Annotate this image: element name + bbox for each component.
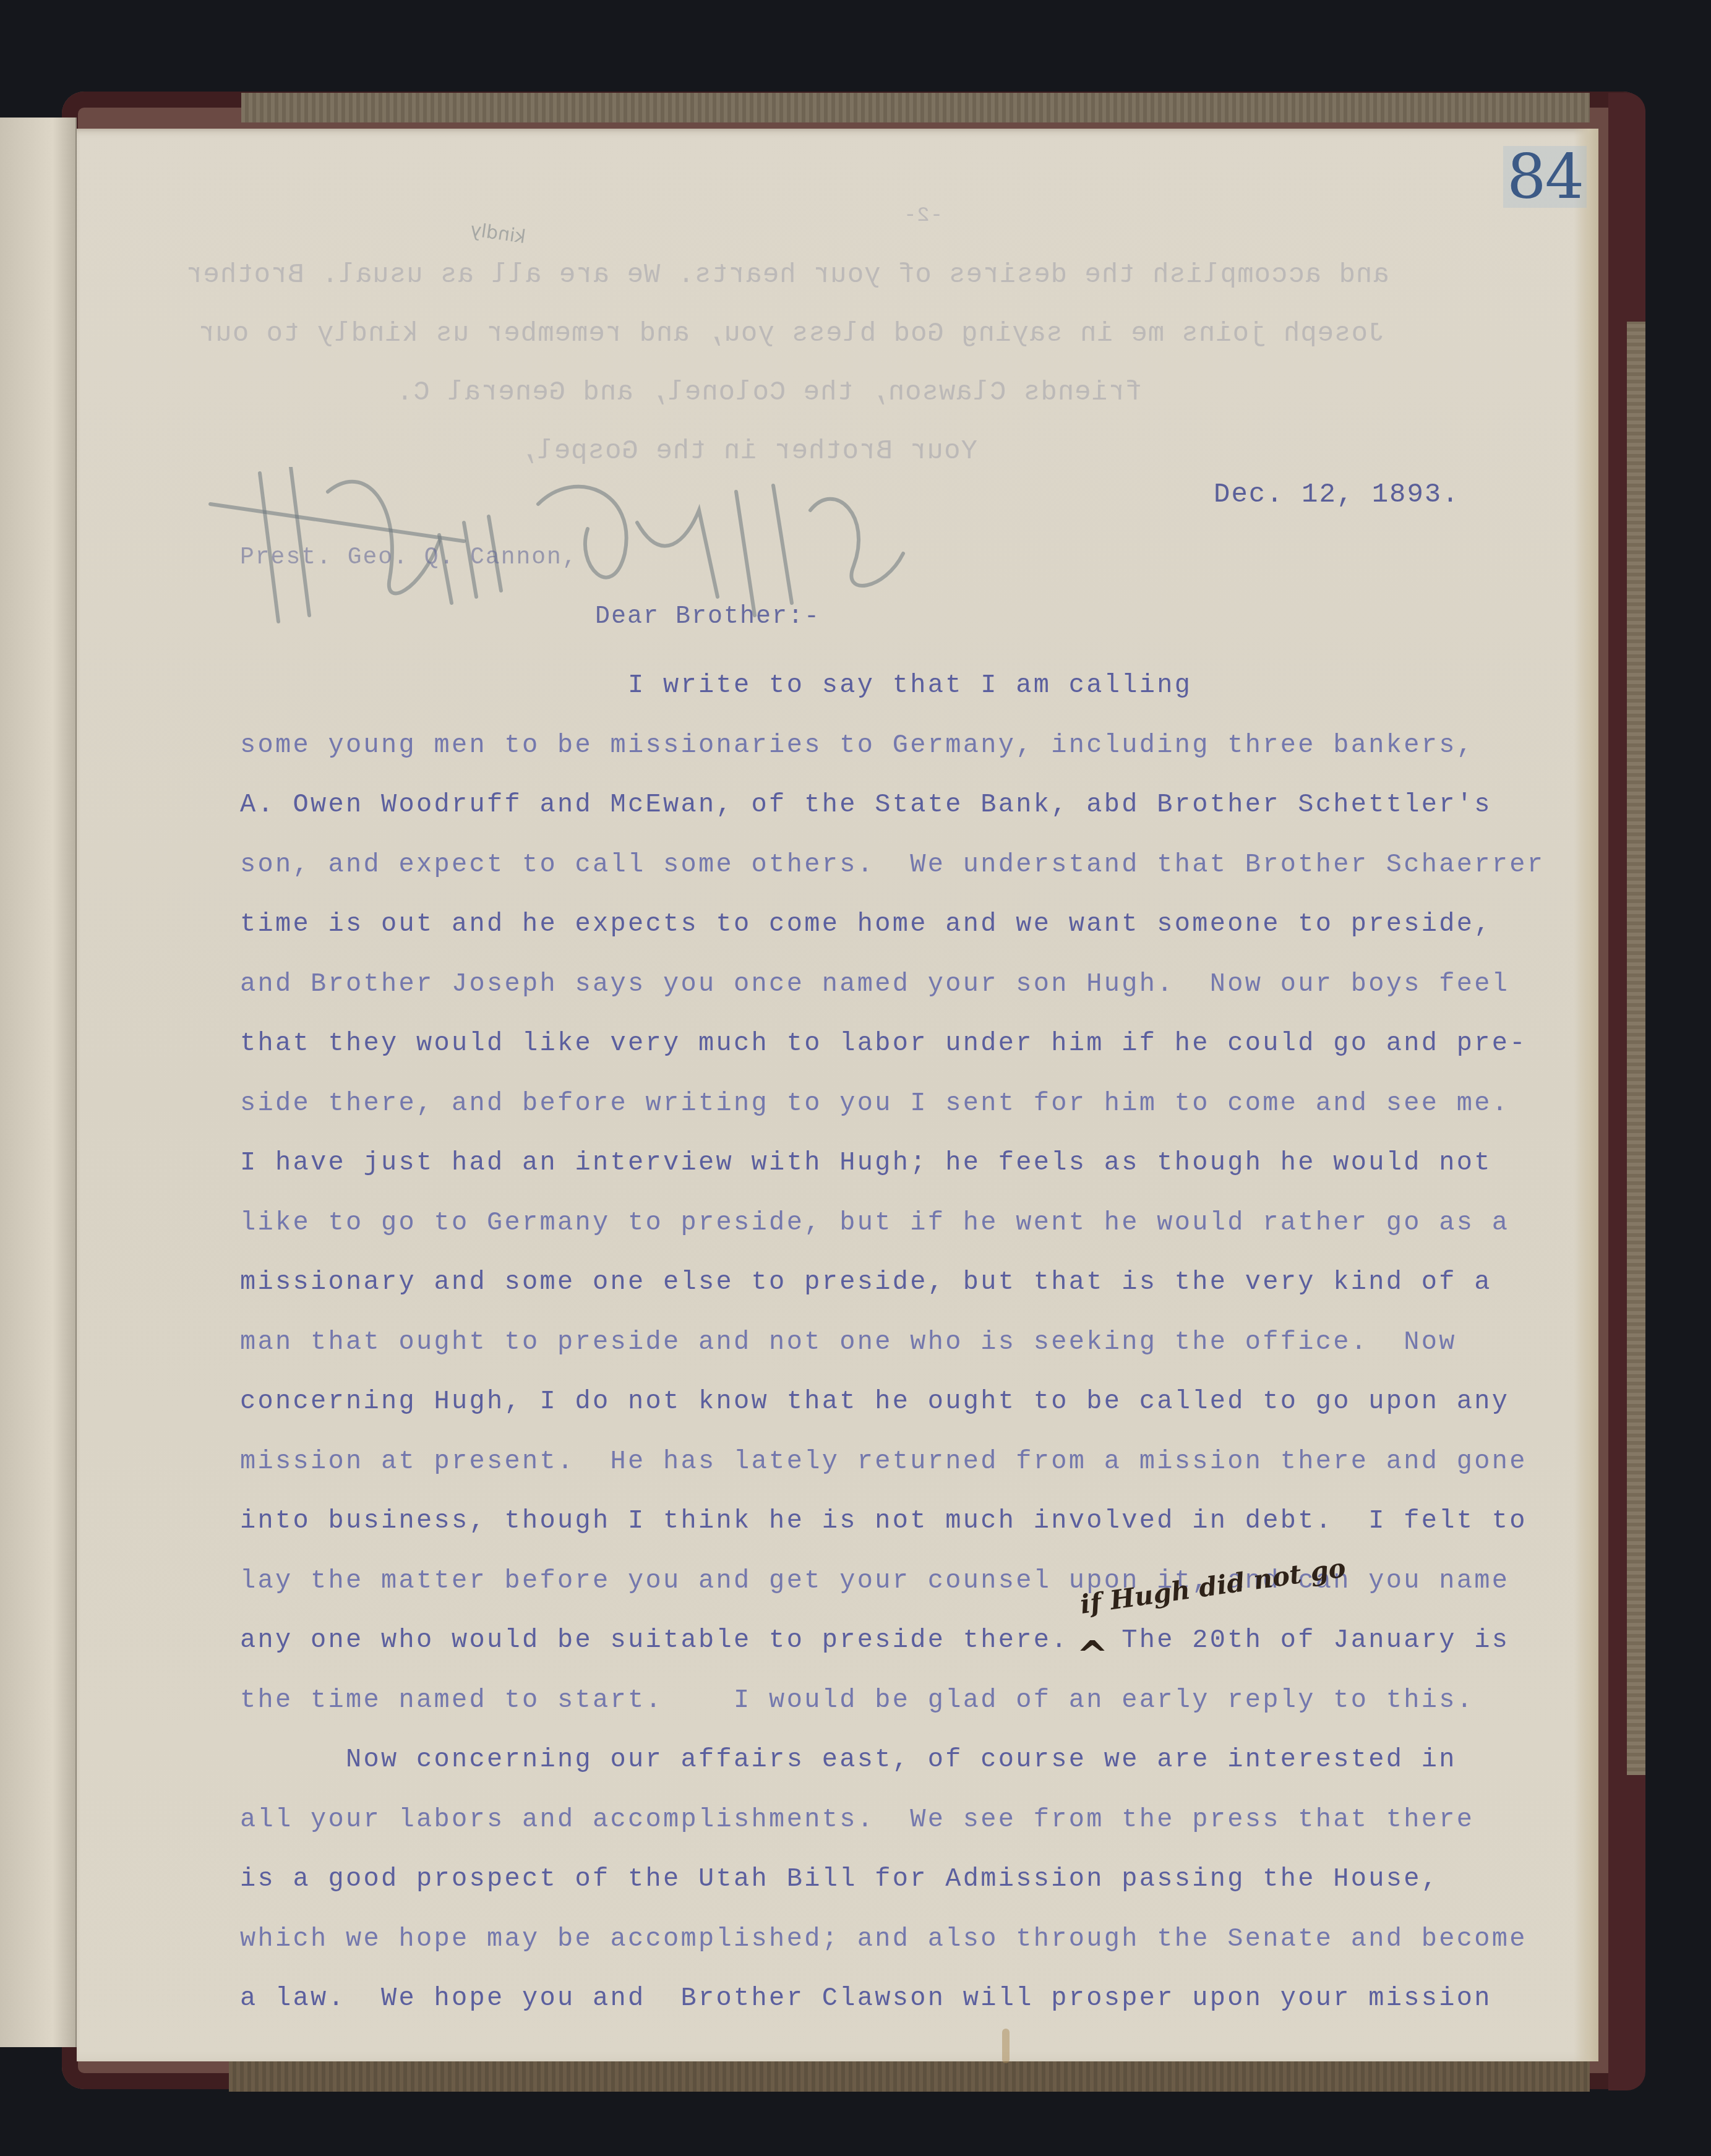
letter-body: I write to say that I am calling some yo…: [240, 656, 1539, 2029]
ghost-line: and accomplish the desires of your heart…: [186, 260, 1389, 291]
salutation: Dear Brother:-: [595, 603, 820, 631]
body-line: some young men to be missionaries to Ger…: [240, 716, 1539, 776]
body-line: A. Owen Woodruff and McEwan, of the Stat…: [240, 775, 1539, 835]
body-line: the time named to start. I would be glad…: [240, 1670, 1539, 1730]
body-line: time is out and he expects to come home …: [240, 894, 1539, 954]
body-line: missionary and some one else to preside,…: [240, 1252, 1539, 1312]
body-line: concerning Hugh, I do not know that he o…: [240, 1372, 1539, 1432]
body-line: all your labors and accomplishments. We …: [240, 1790, 1539, 1850]
book-cloth-bottom: [229, 2060, 1590, 2092]
body-line: like to go to Germany to preside, but if…: [240, 1193, 1539, 1253]
page-number: 84: [1503, 146, 1587, 208]
body-line: mission at present. He has lately return…: [240, 1432, 1539, 1492]
addressee: Prest. Geo. Q. Cannon,: [240, 544, 578, 571]
body-line: I have just had an interview with Hugh; …: [240, 1133, 1539, 1193]
body-line: Now concerning our affairs east, of cour…: [240, 1730, 1539, 1790]
body-line: I write to say that I am calling: [240, 656, 1539, 716]
body-line: a law. We hope you and Brother Clawson w…: [240, 1969, 1539, 2029]
insert-caret-icon: ^: [1076, 1633, 1109, 1678]
body-line: is a good prospect of the Utah Bill for …: [240, 1849, 1539, 1909]
body-line: any one who would be suitable to preside…: [240, 1611, 1539, 1670]
body-line: side there, and before writing to you I …: [240, 1074, 1539, 1134]
page-edge-shadow: [1574, 129, 1598, 2061]
letter-date: Dec. 12, 1893.: [1214, 479, 1460, 510]
ghost-line: friends Clawson, the Colonel, and Genera…: [396, 377, 1142, 408]
ghost-line: Your Brother in the Gospel,: [520, 436, 977, 467]
book-cloth-right: [1627, 322, 1645, 1775]
body-line: that they would like very much to labor …: [240, 1014, 1539, 1074]
body-line: son, and expect to call some others. We …: [240, 835, 1539, 895]
body-line: and Brother Joseph says you once named y…: [240, 954, 1539, 1014]
body-line: into business, though I think he is not …: [240, 1491, 1539, 1551]
body-line: which we hope may be accomplished; and a…: [240, 1909, 1539, 1969]
paper-stain: [1002, 2029, 1010, 2063]
body-line: man that ought to preside and not one wh…: [240, 1312, 1539, 1372]
facing-page-edge: [0, 118, 77, 2047]
ghost-line: Joseph joins me in saying God bless you,…: [198, 319, 1384, 349]
book-cloth-top: [241, 93, 1590, 122]
ghost-page-mark: -2-: [903, 204, 943, 228]
